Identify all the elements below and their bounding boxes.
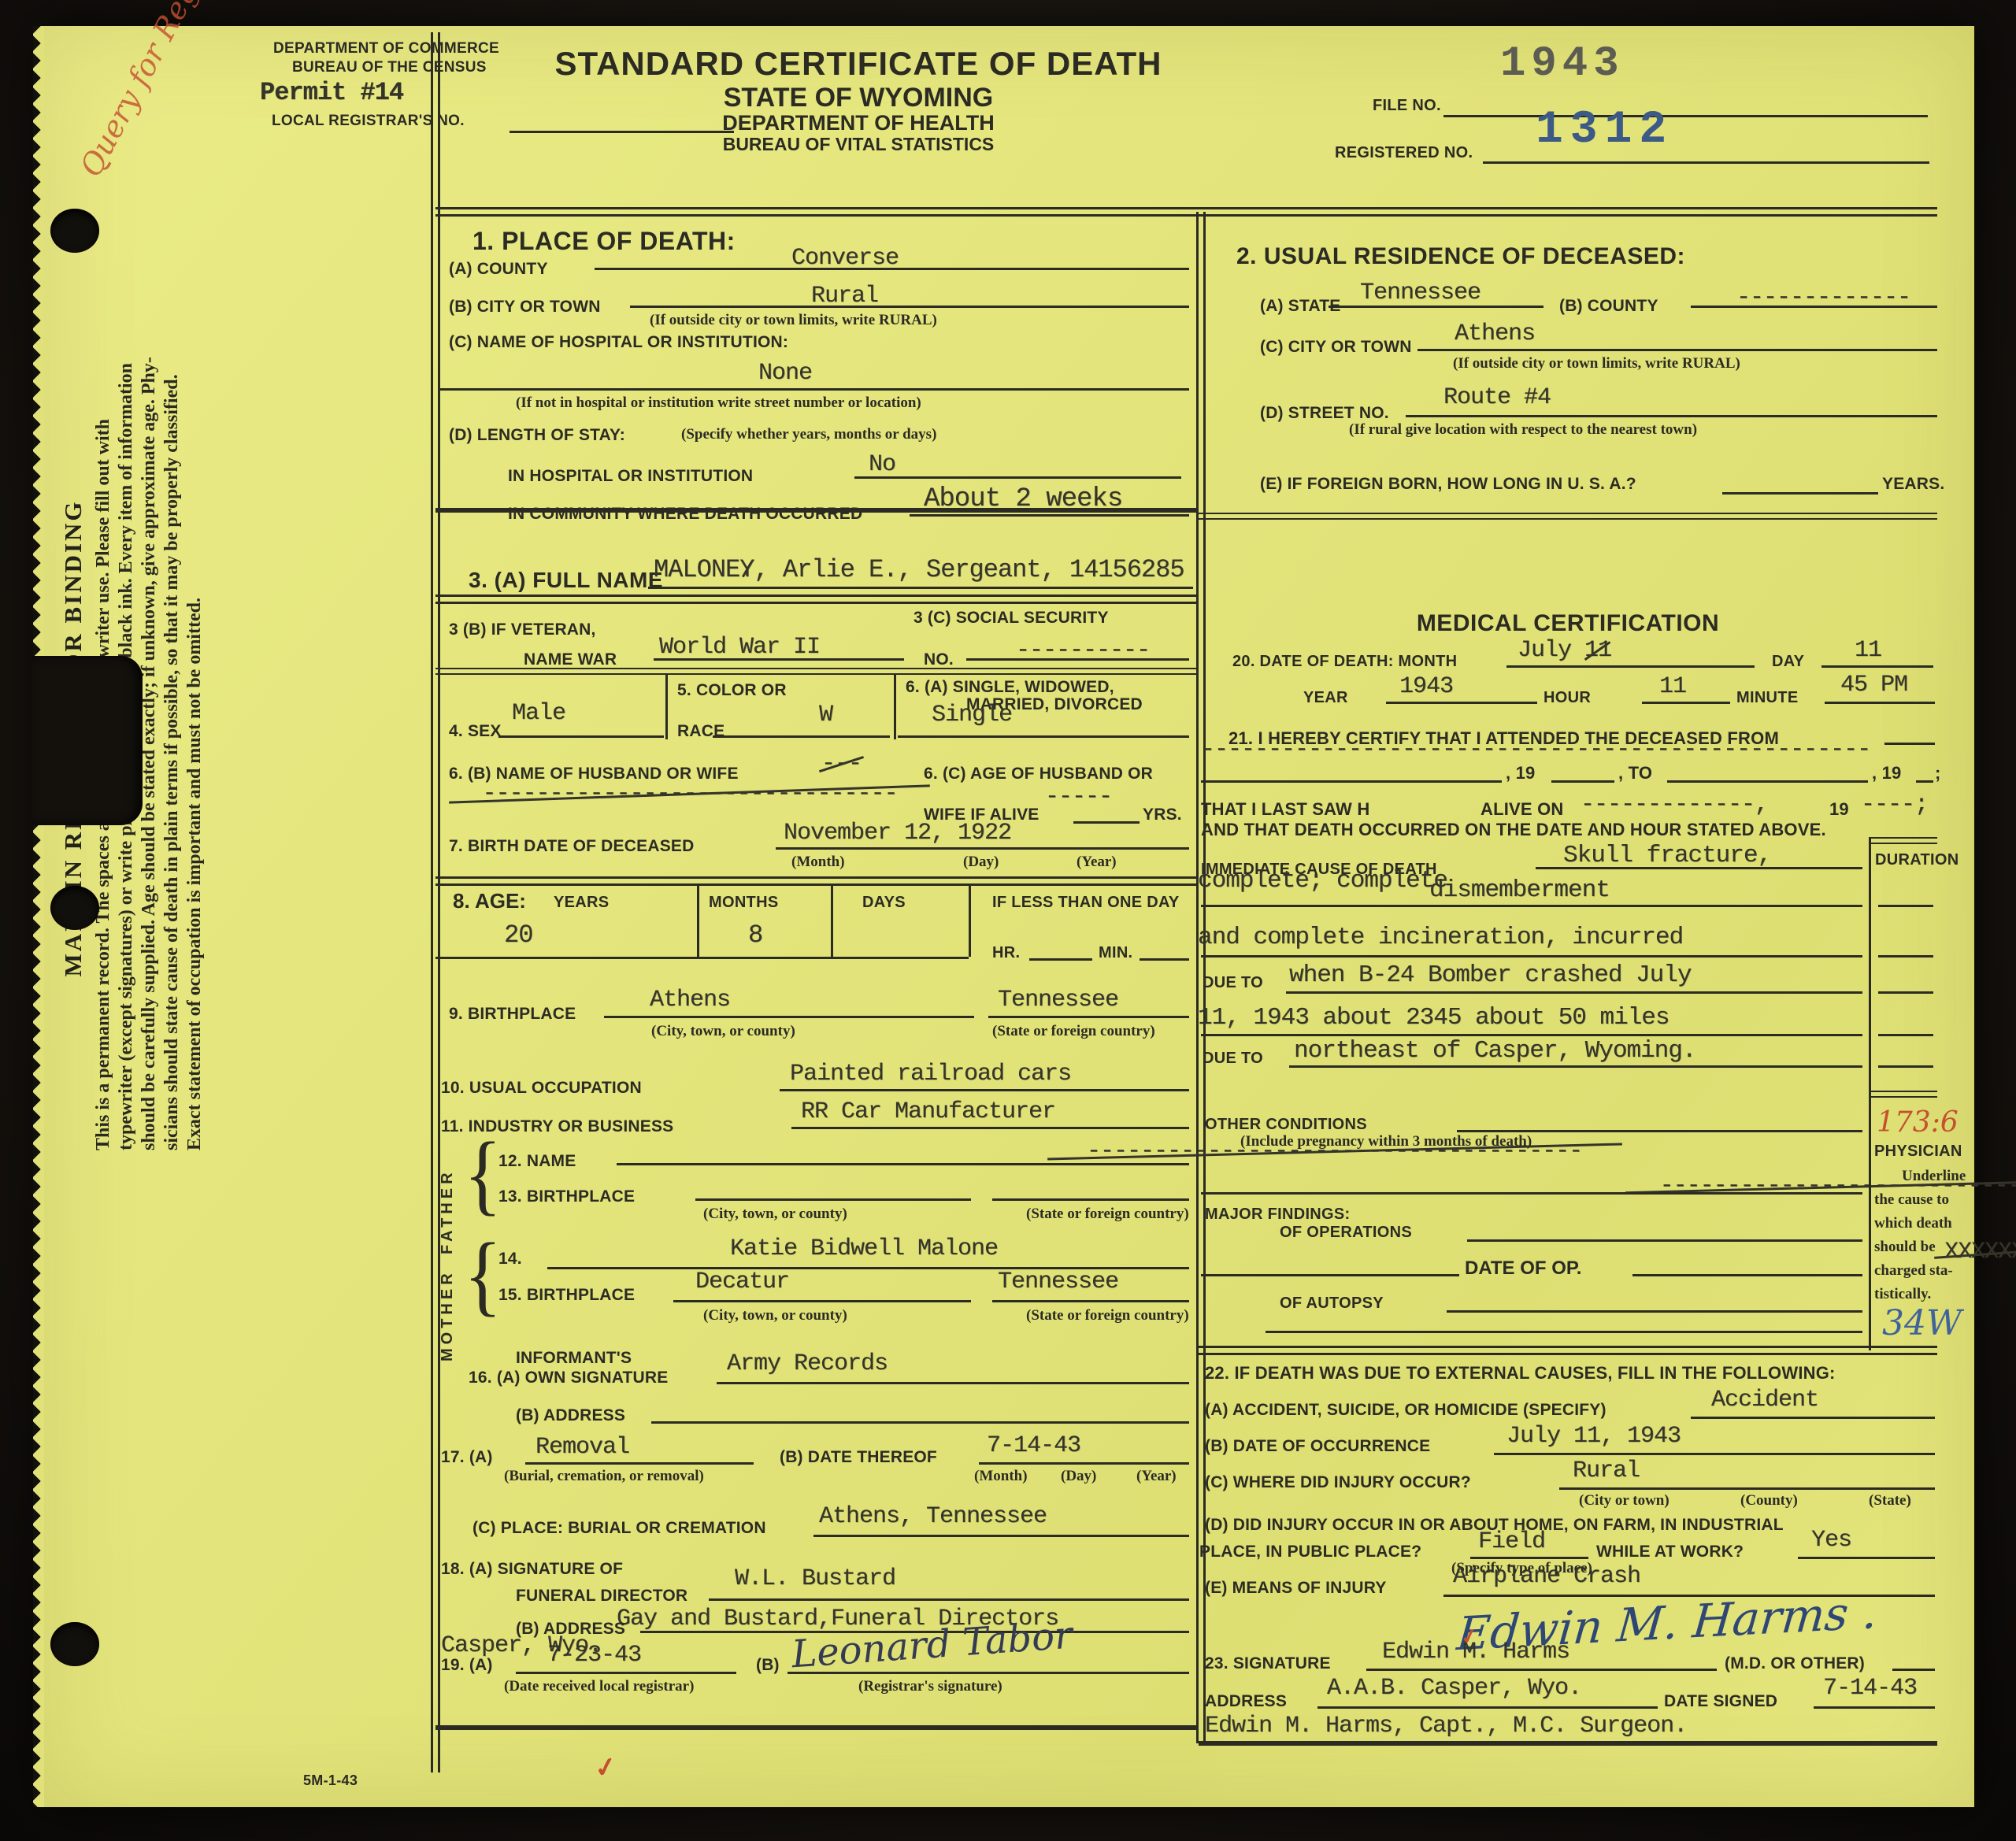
last-saw-label: THAT I LAST SAW H	[1201, 799, 1369, 820]
underline	[604, 1016, 974, 1018]
accident-label: (A) ACCIDENT, SUICIDE, OR HOMICIDE (SPEC…	[1205, 1401, 1606, 1420]
cause-value-2b: dismemberment	[1429, 876, 1610, 904]
underline	[1286, 991, 1862, 994]
while-at-work-value: Yes	[1811, 1527, 1851, 1554]
physician-note-line: which death	[1874, 1215, 1952, 1232]
underline	[813, 1535, 1189, 1537]
underline	[1201, 780, 1502, 783]
if-veteran-label: 3 (B) IF VETERAN,	[449, 620, 596, 639]
duration-line	[1878, 991, 1933, 994]
name-war-label: NAME WAR	[524, 650, 617, 669]
bureau-vital-title: BUREAU OF VITAL STATISTICS	[472, 134, 1244, 155]
informant-address-label: (B) ADDRESS	[516, 1406, 625, 1425]
hospital-hint: (If not in hospital or institution write…	[516, 394, 921, 412]
city-town-hint: (If outside city or town limits, write R…	[650, 312, 937, 329]
underline	[673, 1300, 971, 1302]
husband-name-dashes: ---	[821, 750, 862, 777]
underline	[1642, 702, 1730, 704]
cell-border	[969, 884, 971, 957]
header-rule	[435, 207, 1937, 217]
marital-value: Single	[932, 702, 1012, 728]
underline	[1073, 821, 1140, 824]
length-of-stay-label: (D) LENGTH OF STAY:	[449, 426, 625, 445]
underline	[1821, 665, 1933, 668]
typed-dashes: ----;	[1861, 791, 1928, 818]
duration-label: DURATION	[1875, 851, 1959, 869]
disposal-value: Removal	[535, 1434, 629, 1461]
funeral-director-label: FUNERAL DIRECTOR	[516, 1587, 687, 1606]
margin-line: sicians should state cause of death in p…	[161, 70, 183, 1150]
handwritten-code: 34W	[1882, 1303, 1962, 1343]
duration-top-rule	[1869, 837, 1937, 844]
local-registrar-label: LOCAL REGISTRAR'S NO.	[272, 113, 465, 130]
underline	[1289, 1065, 1862, 1068]
years-label: YEARS.	[1882, 475, 1944, 494]
perforated-edge	[33, 26, 44, 1807]
means-of-injury-label: (E) MEANS OF INJURY	[1205, 1579, 1387, 1598]
underline	[854, 476, 1181, 479]
less-than-one-day-label: IF LESS THAN ONE DAY	[992, 894, 1180, 912]
industry-value: RR Car Manufacturer	[801, 1098, 1055, 1125]
registrar-sig-hint: (Registrar's signature)	[858, 1678, 1002, 1695]
due-to-label: DUE TO	[1203, 1050, 1263, 1068]
death-day-value: 11	[1855, 637, 1881, 664]
nineteen-label: , 19	[1506, 763, 1536, 783]
injury-place-value: Field	[1478, 1528, 1545, 1555]
duration-line	[1878, 1065, 1933, 1068]
underline	[898, 735, 1189, 738]
underline	[1266, 1331, 1862, 1333]
underline	[1884, 743, 1935, 745]
underline	[1443, 115, 1928, 117]
full-name-label: 3. (A) FULL NAME	[469, 568, 663, 593]
residence-city-hint: (If outside city or town limits, write R…	[1453, 355, 1740, 372]
color-race-label: 5. COLOR OR	[677, 681, 787, 700]
city-town-label: (B) CITY OR TOWN	[449, 298, 601, 317]
signature-label: 23. SIGNATURE	[1205, 1654, 1331, 1673]
accident-value: Accident	[1711, 1387, 1818, 1413]
state-value: Tennessee	[1360, 280, 1480, 306]
hospital-label: (C) NAME OF HOSPITAL OR INSTITUTION:	[449, 333, 788, 352]
underline	[1667, 780, 1868, 783]
cell-border	[697, 884, 699, 957]
margin-line: Exact statement of occupation is importa…	[183, 70, 206, 1150]
street-no-label: (D) STREET NO.	[1260, 404, 1389, 423]
occupation-value: Painted railroad cars	[790, 1061, 1071, 1087]
mother-bp-city-value: Decatur	[695, 1269, 789, 1295]
red-code-note: 173:6	[1877, 1106, 1959, 1139]
date-signed-label: DATE SIGNED	[1664, 1692, 1777, 1711]
file-no-label: FILE NO.	[1373, 97, 1441, 115]
underline	[1467, 1239, 1862, 1242]
age-box-top-rule	[435, 876, 1196, 886]
underline	[1892, 1669, 1935, 1671]
duration-line	[1878, 905, 1933, 907]
cell-border	[894, 675, 896, 739]
underline	[1691, 1417, 1935, 1419]
day-hint: (Day)	[963, 854, 999, 871]
file-number-stamp: 1943	[1500, 40, 1625, 88]
underline	[1386, 702, 1537, 704]
underline	[1406, 415, 1937, 417]
date-of-death-label: 20. DATE OF DEATH: MONTH	[1232, 653, 1457, 671]
cause-value-2: complete; complete	[1198, 867, 1447, 895]
underline	[1317, 1706, 1658, 1709]
county-label: (A) COUNTY	[449, 260, 548, 279]
underline	[717, 1382, 1189, 1384]
typed-dashes: -------------,	[1581, 791, 1768, 818]
underline	[979, 1462, 1189, 1465]
struck-text: 11	[1584, 637, 1611, 664]
war-value: World War II	[659, 634, 820, 661]
underline	[654, 658, 904, 661]
semicolon: ;	[1935, 763, 1941, 783]
dept-health-title: DEPARTMENT OF HEALTH	[472, 111, 1244, 135]
section-divider	[1199, 513, 1937, 520]
address-label: ADDRESS	[1205, 1692, 1287, 1711]
hr-label: HR.	[992, 944, 1020, 962]
duration-line	[1878, 955, 1933, 958]
underline	[1691, 306, 1937, 308]
informant-value: Army Records	[727, 1350, 888, 1377]
sex-label: 4. SEX	[449, 722, 502, 741]
state-hint: (State)	[1869, 1492, 1911, 1509]
city-town-hint: (City or town)	[1579, 1492, 1669, 1509]
wife-age-dashes: -----	[1045, 783, 1112, 810]
residence-city-label: (C) CITY OR TOWN	[1260, 338, 1412, 357]
mother-name-value: Katie Bidwell Malone	[730, 1235, 998, 1262]
social-security-label: 3 (C) SOCIAL SECURITY	[913, 609, 1109, 628]
death-year-value: 1943	[1399, 673, 1453, 700]
date-received-hint: (Date received local registrar)	[504, 1678, 694, 1695]
age-box-bottom-rule	[435, 957, 969, 959]
underline	[630, 306, 1189, 308]
punch-hole	[50, 1622, 99, 1666]
underline	[1551, 780, 1614, 783]
form-left-rule	[431, 32, 440, 1772]
residence-county-label: (B) COUNTY	[1559, 297, 1658, 316]
injury-where-value: Rural	[1573, 1458, 1640, 1484]
year-hint: (Year)	[1077, 854, 1117, 871]
street-no-hint: (If rural give location with respect to …	[1349, 421, 1697, 439]
age-months-value: 8	[748, 920, 762, 950]
day-hint: (Day)	[1061, 1468, 1096, 1485]
funeral-signature-label: 18. (A) SIGNATURE OF	[441, 1560, 623, 1579]
underline	[1417, 349, 1937, 351]
father-name-label: 12. NAME	[498, 1152, 576, 1171]
age-label: 8. AGE:	[453, 889, 526, 913]
husband-name-dash-row: -------------------------------	[482, 780, 897, 807]
burial-place-value: Athens, Tennessee	[819, 1503, 1047, 1530]
underline	[1201, 1192, 1862, 1195]
mother-struck-text: XXXXXXXXXX	[1944, 1239, 2016, 1265]
death-minute-value: 45 PM	[1840, 672, 1907, 698]
father-group-label: FATHER	[439, 1169, 457, 1254]
death-month-value: July 11	[1518, 637, 1611, 664]
mother-bp-state-value: Tennessee	[998, 1269, 1118, 1295]
surgeon-typed-line: Edwin M. Harms, Capt., M.C. Surgeon.	[1205, 1713, 1687, 1739]
physician-note-line: the cause to	[1874, 1191, 1949, 1209]
length-of-stay-hint: (Specify whether years, months or days)	[681, 426, 936, 443]
underline	[595, 268, 1189, 270]
physician-note-line: should be	[1874, 1239, 1936, 1256]
of-autopsy-label: OF AUTOPSY	[1280, 1295, 1384, 1313]
full-name-value: MALONEY, Arlie E., Sergeant, 14156285	[654, 555, 1184, 584]
underline	[1825, 702, 1935, 704]
birth-date-label: 7. BIRTH DATE OF DECEASED	[449, 837, 694, 856]
foreign-born-label: (E) IF FOREIGN BORN, HOW LONG IN U. S. A…	[1260, 475, 1636, 494]
dept-commerce-label: DEPARTMENT OF COMMERCE	[273, 40, 499, 57]
address-value: A.A.B. Casper, Wyo.	[1327, 1675, 1581, 1702]
burial-place-label: (C) PLACE: BURIAL OR CREMATION	[472, 1519, 766, 1538]
death-minute-label: MINUTE	[1736, 689, 1798, 707]
typed-dash-row: ----------------------------------------…	[1201, 736, 1870, 763]
underline	[1506, 665, 1755, 668]
full-name-rule	[435, 595, 1196, 604]
md-or-other-label: (M.D. OR OTHER)	[1725, 1654, 1865, 1673]
major-findings-label: MAJOR FINDINGS:	[1205, 1206, 1351, 1224]
underline	[1798, 1557, 1935, 1559]
other-conditions-label: OTHER CONDITIONS	[1205, 1116, 1367, 1134]
underline	[617, 1163, 1189, 1165]
section-divider	[435, 508, 1199, 513]
underline	[1329, 306, 1543, 308]
own-signature-label: 16. (A) OWN SIGNATURE	[469, 1369, 668, 1387]
received-number: 19. (A)	[441, 1656, 493, 1675]
age-days-label: DAYS	[862, 894, 906, 912]
date-received-value: 7-23-43	[547, 1642, 641, 1669]
disposal-hint: (Burial, cremation, or removal)	[504, 1468, 704, 1485]
underline	[709, 1598, 1189, 1601]
underline	[1916, 780, 1933, 783]
underline	[713, 735, 890, 738]
physician-note-line: Underline	[1902, 1168, 1966, 1185]
age-years-label: YEARS	[554, 894, 609, 912]
yrs-label: YRS.	[1143, 806, 1182, 824]
row-divider	[435, 668, 1196, 675]
underline	[1201, 905, 1862, 907]
underline	[1483, 161, 1929, 164]
injury-where-label: (C) WHERE DID INJURY OCCUR?	[1205, 1473, 1471, 1492]
external-causes-title: 22. IF DEATH WAS DUE TO EXTERNAL CAUSES,…	[1205, 1363, 1836, 1384]
of-operations-label: OF OPERATIONS	[1280, 1224, 1412, 1242]
certificate-paper: MARGIN RESERVED FOR BINDING This is a pe…	[43, 26, 1974, 1807]
race-value: W	[819, 702, 832, 728]
cell-border	[665, 675, 668, 739]
funeral-director-value: W.L. Bustard	[735, 1565, 895, 1592]
red-check-mark: ✓	[592, 1750, 620, 1785]
year-hint: (Year)	[1136, 1468, 1177, 1485]
death-day-label: DAY	[1772, 653, 1804, 671]
sex-value: Male	[512, 700, 565, 727]
underline	[651, 1421, 1189, 1424]
underline	[648, 587, 1193, 589]
underline	[988, 1016, 1189, 1018]
cell-border	[831, 884, 833, 957]
registered-no-label: REGISTERED NO.	[1335, 144, 1473, 162]
date-of-op-label: DATE OF OP.	[1465, 1258, 1581, 1280]
nineteen-label: , 19	[1872, 763, 1902, 783]
permit-number: Permit #14	[260, 78, 403, 107]
medical-certification-title: MEDICAL CERTIFICATION	[1199, 610, 1937, 637]
underline	[695, 1198, 971, 1201]
underline	[1536, 867, 1862, 869]
cause-value-4: when B-24 Bomber crashed July	[1289, 961, 1692, 989]
injury-location-label-2: PLACE, IN PUBLIC PLACE?	[1199, 1543, 1421, 1561]
death-hour-label: HOUR	[1543, 689, 1591, 707]
physician-note-line: tistically.	[1874, 1286, 1931, 1303]
margin-line: should be carefully supplied. Age should…	[138, 70, 161, 1150]
occurrence-date-value: July 11, 1943	[1506, 1423, 1681, 1450]
death-hour-value: 11	[1659, 673, 1686, 700]
date-thereof-label: (B) DATE THEREOF	[780, 1448, 937, 1467]
underline	[525, 1462, 754, 1465]
underline	[1559, 1487, 1935, 1490]
underline	[791, 1127, 1189, 1129]
county-hint: (County)	[1740, 1492, 1798, 1509]
place-of-death-title: 1. PLACE OF DEATH:	[472, 227, 736, 256]
mother-bp-state-hint: (State or foreign country)	[1026, 1307, 1189, 1324]
underline	[1140, 958, 1189, 961]
underline	[1722, 492, 1878, 495]
physician-label: PHYSICIAN	[1874, 1143, 1962, 1161]
underline	[1457, 1130, 1862, 1132]
usual-residence-title: 2. USUAL RESIDENCE OF DECEASED:	[1236, 243, 1685, 270]
underline	[780, 1089, 1189, 1091]
due-to-label: DUE TO	[1203, 974, 1263, 992]
birthplace-state-hint: (State or foreign country)	[992, 1023, 1155, 1040]
age-husband-label: 6. (C) AGE OF HUSBAND OR	[924, 765, 1153, 783]
underline	[516, 1672, 736, 1674]
birthplace-state-value: Tennessee	[998, 987, 1118, 1013]
residence-city-value: Athens	[1455, 320, 1535, 347]
father-birthplace-label: 13. BIRTHPLACE	[498, 1187, 635, 1206]
alive-on-label: ALIVE ON	[1480, 799, 1564, 820]
underline	[1029, 958, 1092, 961]
nineteen-label: 19	[1829, 799, 1849, 820]
underline	[1366, 1669, 1717, 1671]
punch-hole	[50, 886, 99, 930]
underline	[1201, 1034, 1862, 1036]
bottom-rule-left	[435, 1725, 1199, 1730]
cause-value-1: Skull fracture,	[1563, 842, 1771, 869]
underline	[498, 735, 664, 738]
signature-typed-value: Edwin M. Harms	[1382, 1639, 1569, 1665]
underline	[966, 658, 1189, 661]
external-causes-rule	[1199, 1346, 1937, 1355]
cause-value-3: and complete incineration, incurred	[1198, 924, 1683, 951]
birth-date-value: November 12, 1922	[784, 820, 1011, 846]
underline	[776, 847, 1189, 850]
underline	[1470, 1557, 1588, 1559]
in-hospital-value: No	[869, 451, 895, 478]
birthplace-city-hint: (City, town, or county)	[651, 1023, 795, 1040]
form-print-code: 5M-1-43	[303, 1772, 358, 1789]
bureau-census-label: BUREAU OF THE CENSUS	[292, 59, 487, 76]
underline	[1447, 1310, 1862, 1313]
age-months-label: MONTHS	[709, 894, 778, 912]
duration-bottom-rule	[1869, 1091, 1937, 1098]
death-occurred-statement: AND THAT DEATH OCCURRED ON THE DATE AND …	[1201, 820, 1826, 840]
occupation-label: 10. USUAL OCCUPATION	[441, 1079, 642, 1098]
form-title: STANDARD CERTIFICATE OF DEATH	[472, 45, 1244, 83]
bottom-rule-right	[1199, 1741, 1937, 1746]
means-of-injury-value: Airplane Crash	[1453, 1563, 1640, 1590]
occurrence-date-label: (B) DATE OF OCCURRENCE	[1205, 1437, 1430, 1456]
margin-line: typewriter (except signatures) or write …	[115, 70, 138, 1150]
underline	[1201, 1274, 1459, 1276]
father-bp-city-hint: (City, town, or county)	[703, 1206, 847, 1223]
mother-brace: {	[464, 1222, 502, 1326]
min-label: MIN.	[1099, 944, 1132, 962]
other-conditions-hint: (Include pregnancy within 3 months of de…	[1240, 1133, 1532, 1150]
mother-bp-city-hint: (City, town, or county)	[703, 1307, 847, 1324]
father-bp-state-hint: (State or foreign country)	[1026, 1206, 1189, 1223]
physician-note-line: charged sta-	[1874, 1262, 1953, 1280]
street-no-value: Route #4	[1443, 384, 1551, 411]
month-hint: (Month)	[791, 854, 845, 871]
registered-number-stamp: 1312	[1536, 105, 1673, 156]
punch-hole	[50, 209, 99, 253]
underline	[1632, 1274, 1862, 1276]
date-thereof-value: 7-14-43	[987, 1432, 1080, 1459]
race-label: RACE	[677, 722, 724, 741]
margin-instructions: This is a permanent record. The spaces a…	[92, 70, 206, 1150]
registrar-sig-number: (B)	[756, 1656, 780, 1675]
underline	[910, 514, 1189, 517]
father-brace: {	[464, 1121, 502, 1225]
informants-label: INFORMANT'S	[516, 1349, 632, 1368]
death-year-label: YEAR	[1303, 689, 1348, 707]
cause-value-5: 11, 1943 about 2345 about 50 miles	[1198, 1004, 1669, 1032]
underline	[992, 1300, 1189, 1302]
underline	[1814, 1706, 1935, 1709]
hospital-value: None	[758, 360, 812, 387]
underline	[1494, 1453, 1935, 1455]
ssn-no-label: NO.	[924, 650, 954, 669]
binding-notch	[32, 656, 143, 825]
disposal-number: 17. (A)	[441, 1448, 493, 1467]
in-hospital-label: IN HOSPITAL OR INSTITUTION	[508, 467, 753, 486]
struck-character: Y	[739, 555, 754, 584]
cause-value-6: northeast of Casper, Wyoming.	[1294, 1037, 1696, 1065]
state-title: STATE OF WYOMING	[472, 83, 1244, 113]
age-years-value: 20	[504, 920, 532, 950]
duration-line	[1878, 1034, 1933, 1036]
underline	[439, 388, 1189, 391]
mother-group-label: MOTHER	[439, 1269, 457, 1361]
month-hint: (Month)	[974, 1468, 1028, 1485]
date-signed-value: 7-14-43	[1823, 1675, 1917, 1702]
marital-label-1: 6. (A) SINGLE, WIDOWED,	[906, 678, 1114, 697]
underline	[1201, 955, 1862, 958]
birthplace-label: 9. BIRTHPLACE	[449, 1005, 576, 1024]
mother-name-number: 14.	[498, 1250, 522, 1269]
underline	[992, 1198, 1189, 1201]
mother-birthplace-label: 15. BIRTHPLACE	[498, 1286, 635, 1305]
birthplace-city-value: Athens	[650, 987, 730, 1013]
underline	[787, 1672, 1189, 1674]
while-at-work-label: WHILE AT WORK?	[1596, 1543, 1744, 1561]
to-label: , TO	[1618, 763, 1652, 783]
